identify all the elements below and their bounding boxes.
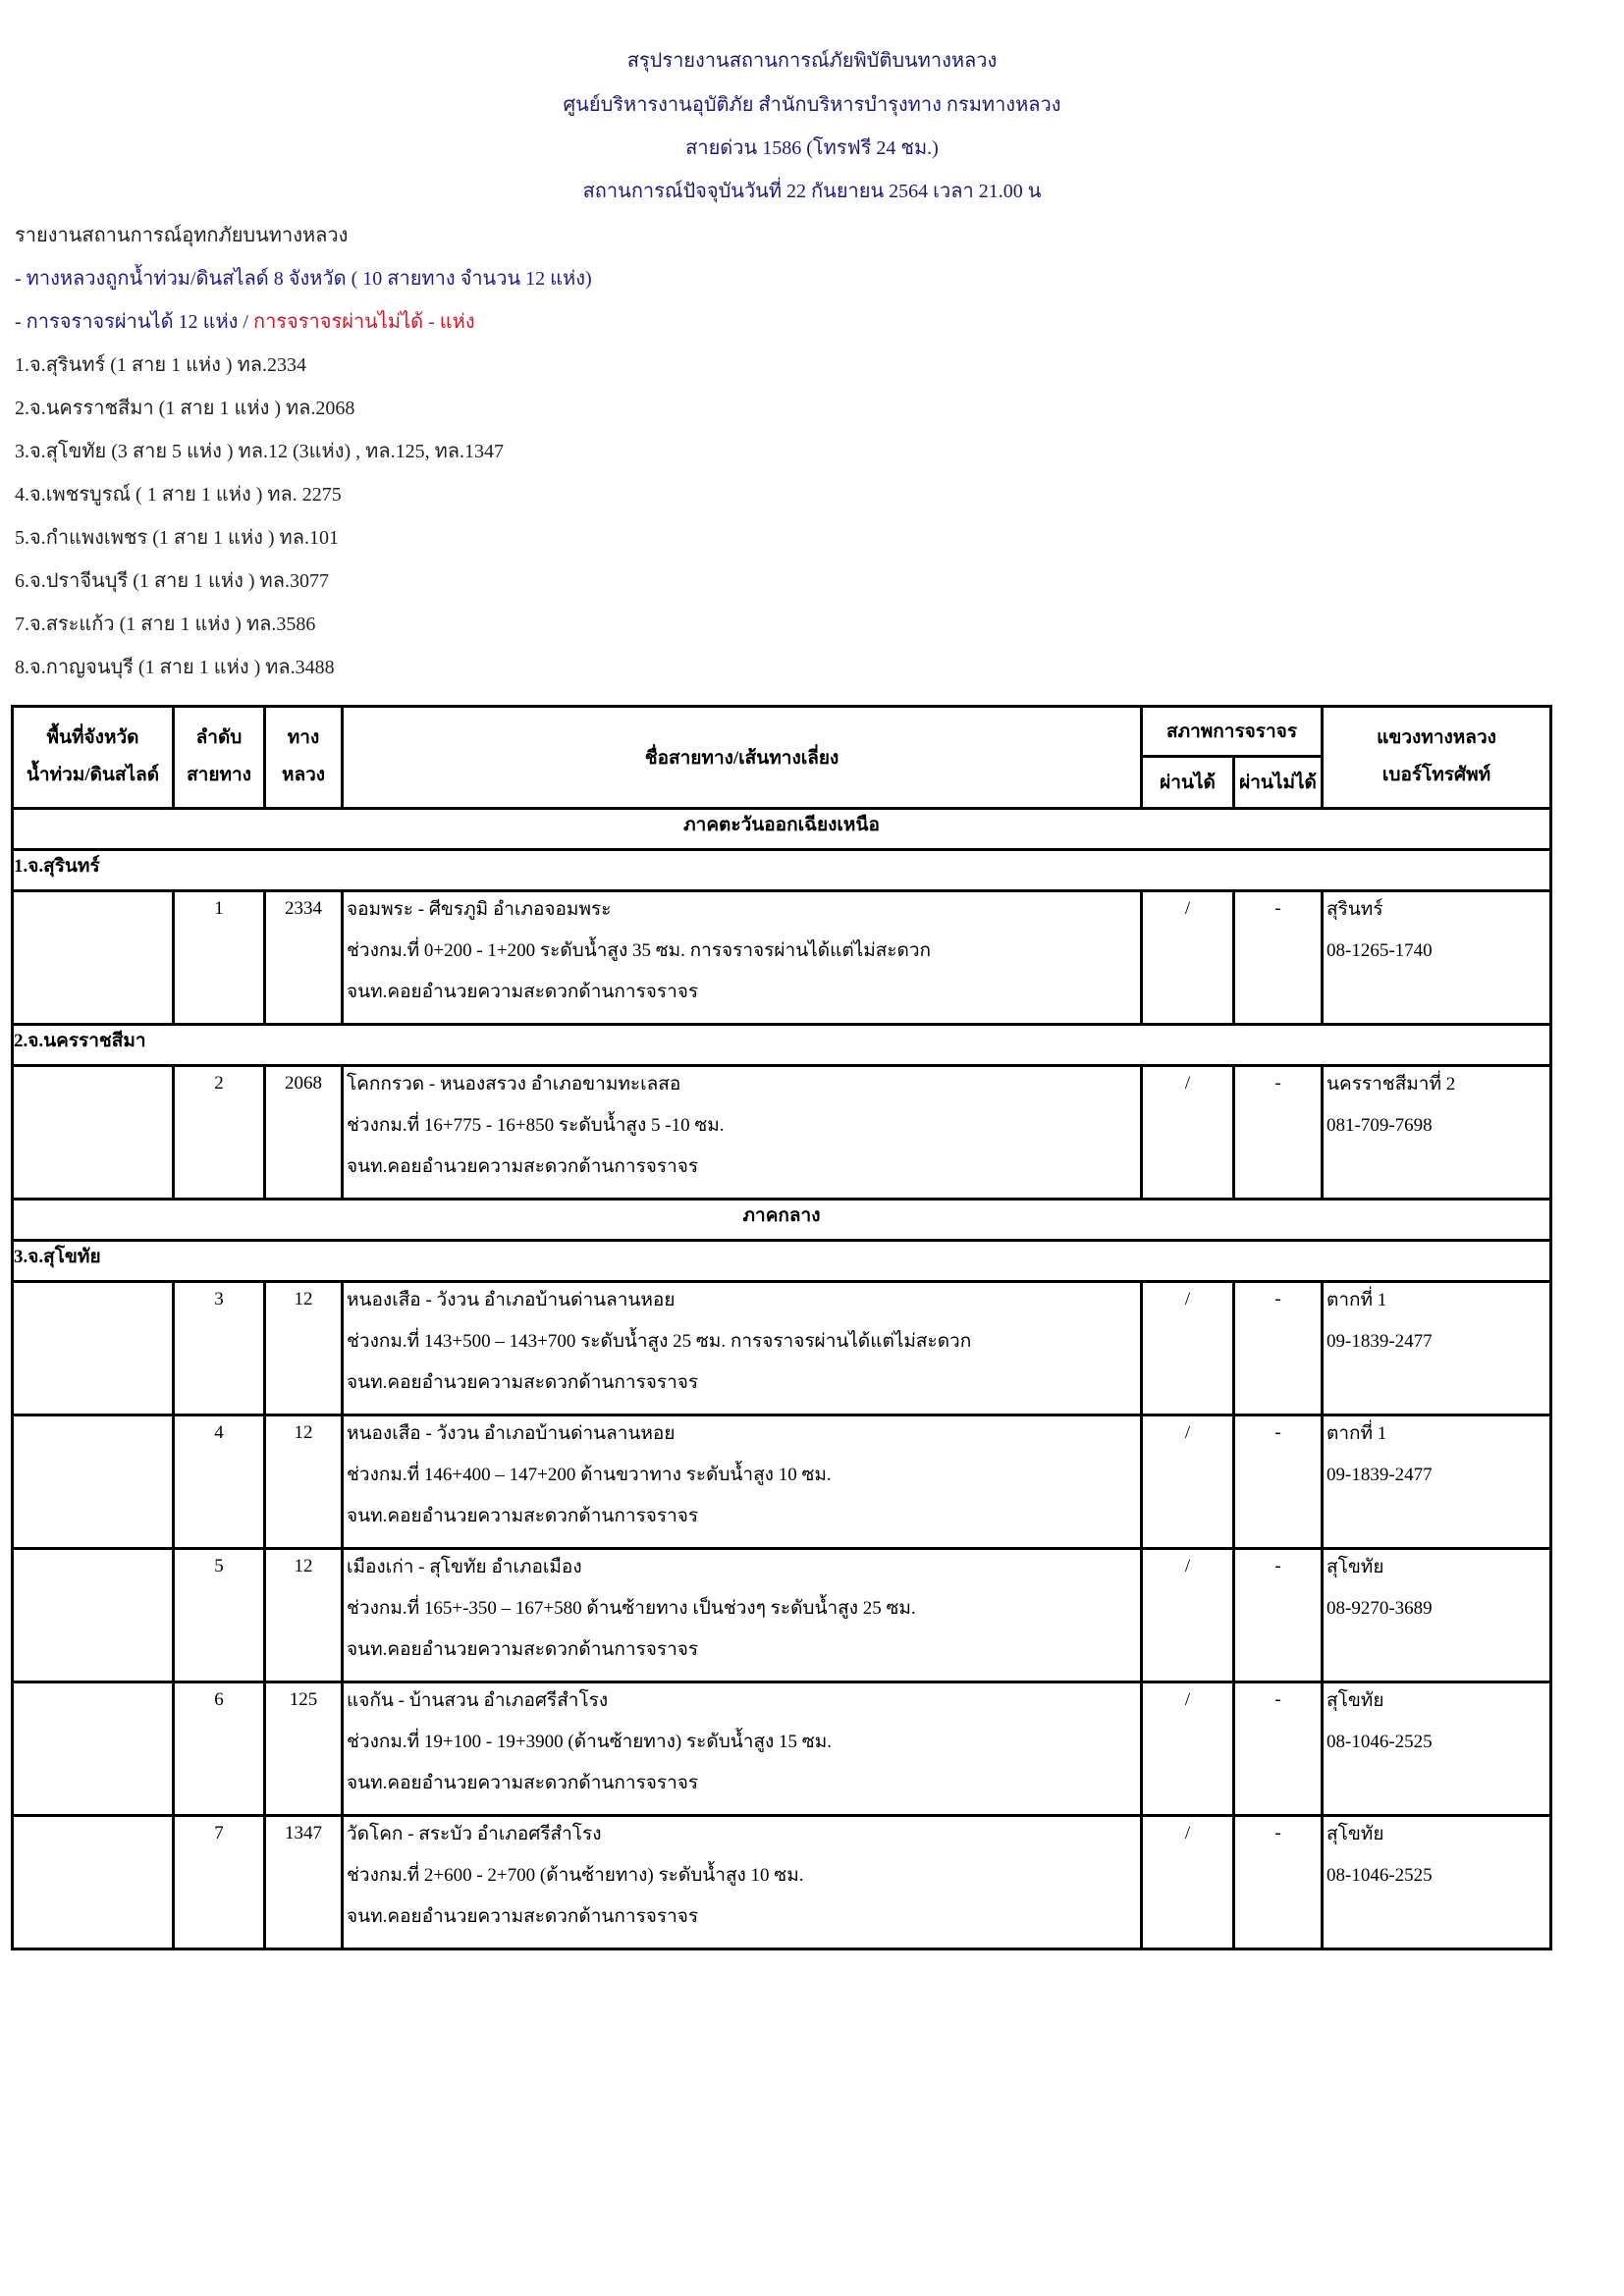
cell-passable: / xyxy=(1142,1682,1234,1816)
cell-impassable: - xyxy=(1234,1816,1323,1949)
table-row: 312หนองเสือ - วังวน อำเภอบ้านด่านลานหอยช… xyxy=(13,1282,1551,1415)
cell-passable: / xyxy=(1142,1282,1234,1415)
cell-passable: / xyxy=(1142,1415,1234,1549)
table-row: 22068โคกกรวด - หนองสรวง อำเภอขามทะเลสอช่… xyxy=(13,1066,1551,1200)
table-row: 12334จอมพระ - ศีขรภูมิ อำเภอจอมพระช่วงกม… xyxy=(13,891,1551,1025)
cell-order: 3 xyxy=(174,1282,265,1415)
province-summary-item: 5.จ.กำแพงเพชร (1 สาย 1 แห่ง ) ทล.101 xyxy=(15,526,339,550)
cell-office: สุโขทัย08-9270-3689 xyxy=(1323,1549,1551,1682)
cell-impassable: - xyxy=(1234,1066,1323,1200)
route-line: ช่วงกม.ที่ 19+100 - 19+3900 (ด้านซ้ายทาง… xyxy=(347,1731,1140,1772)
route-line: หนองเสือ - วังวน อำเภอบ้านด่านลานหอย xyxy=(347,1422,1140,1464)
cell-route: หนองเสือ - วังวน อำเภอบ้านด่านลานหอยช่วง… xyxy=(343,1415,1142,1549)
cell-area xyxy=(13,1415,174,1549)
province-summary-item: 6.จ.ปราจีนบุรี (1 สาย 1 แห่ง ) ทล.3077 xyxy=(15,569,329,593)
province-row: 2.จ.นครราชสีมา xyxy=(13,1025,1551,1066)
province-summary-item: 8.จ.กาญจนบุรี (1 สาย 1 แห่ง ) ทล.3488 xyxy=(15,656,335,679)
province-summary-item: 2.จ.นครราชสีมา (1 สาย 1 แห่ง ) ทล.2068 xyxy=(15,397,354,420)
office-phone: 081-709-7698 xyxy=(1326,1114,1549,1155)
province-summary-item: 4.จ.เพชรบูรณ์ ( 1 สาย 1 แห่ง ) ทล. 2275 xyxy=(15,483,342,507)
summary-affected: - ทางหลวงถูกน้ำท่วม/ดินสไลด์ 8 จังหวัด (… xyxy=(15,267,592,291)
cell-order: 2 xyxy=(174,1066,265,1200)
cell-route: โคกกรวด - หนองสรวง อำเภอขามทะเลสอช่วงกม.… xyxy=(343,1066,1142,1200)
cell-office: สุโขทัย08-1046-2525 xyxy=(1323,1816,1551,1949)
cell-route: หนองเสือ - วังวน อำเภอบ้านด่านลานหอยช่วง… xyxy=(343,1282,1142,1415)
cell-highway: 2068 xyxy=(265,1066,343,1200)
cell-area xyxy=(13,891,174,1025)
route-line: จอมพระ - ศีขรภูมิ อำเภอจอมพระ xyxy=(347,898,1140,939)
header-traffic-status: สภาพการจราจร xyxy=(1142,707,1323,757)
province-name: 3.จ.สุโขทัย xyxy=(13,1241,1551,1282)
route-line: วัดโคก - สระบัว อำเภอศรีสำโรง xyxy=(347,1823,1140,1864)
route-line: จนท.คอยอำนวยความสะดวกด้านการจราจร xyxy=(347,1155,1140,1197)
cell-highway: 12 xyxy=(265,1415,343,1549)
cell-area xyxy=(13,1816,174,1949)
office-name: นครราชสีมาที่ 2 xyxy=(1326,1073,1549,1114)
cell-highway: 1347 xyxy=(265,1816,343,1949)
route-line: จนท.คอยอำนวยความสะดวกด้านการจราจร xyxy=(347,1638,1140,1680)
cell-route: แจกัน - บ้านสวน อำเภอศรีสำโรงช่วงกม.ที่ … xyxy=(343,1682,1142,1816)
route-line: จนท.คอยอำนวยความสะดวกด้านการจราจร xyxy=(347,981,1140,1022)
region-row: ภาคตะวันออกเฉียงเหนือ xyxy=(13,809,1551,850)
cell-office: นครราชสีมาที่ 2081-709-7698 xyxy=(1323,1066,1551,1200)
cell-order: 6 xyxy=(174,1682,265,1816)
report-org: ศูนย์บริหารงานอุบัติภัย สำนักบริหารบำรุง… xyxy=(0,93,1624,117)
header-area: พื้นที่จังหวัดน้ำท่วม/ดินสไลด์ xyxy=(13,707,174,809)
office-phone: 08-1046-2525 xyxy=(1326,1864,1549,1905)
header-office-phone: แขวงทางหลวงเบอร์โทรศัพท์ xyxy=(1323,707,1551,809)
cell-impassable: - xyxy=(1234,1682,1323,1816)
cell-area xyxy=(13,1682,174,1816)
province-summary-item: 3.จ.สุโขทัย (3 สาย 5 แห่ง ) ทล.12 (3แห่ง… xyxy=(15,440,504,463)
office-phone: 08-1265-1740 xyxy=(1326,939,1549,981)
cell-order: 5 xyxy=(174,1549,265,1682)
table-row: 71347วัดโคก - สระบัว อำเภอศรีสำโรงช่วงกม… xyxy=(13,1816,1551,1949)
summary-impassable: การจราจรผ่านไม่ได้ - แห่ง xyxy=(253,311,475,333)
summary-traffic-status: - การจราจรผ่านได้ 12 แห่ง / การจราจรผ่าน… xyxy=(15,310,475,334)
office-name: สุโขทัย xyxy=(1326,1823,1549,1864)
cell-route: วัดโคก - สระบัว อำเภอศรีสำโรงช่วงกม.ที่ … xyxy=(343,1816,1142,1949)
route-line: ช่วงกม.ที่ 0+200 - 1+200 ระดับน้ำสูง 35 … xyxy=(347,939,1140,981)
office-name: สุรินทร์ xyxy=(1326,898,1549,939)
header-passable: ผ่านได้ xyxy=(1142,757,1234,809)
report-situation-date: สถานการณ์ปัจจุบันวันที่ 22 กันยายน 2564 … xyxy=(0,180,1624,203)
cell-impassable: - xyxy=(1234,1415,1323,1549)
route-line: จนท.คอยอำนวยความสะดวกด้านการจราจร xyxy=(347,1905,1140,1947)
province-summary-item: 7.จ.สระแก้ว (1 สาย 1 แห่ง ) ทล.3586 xyxy=(15,613,315,636)
route-line: หนองเสือ - วังวน อำเภอบ้านด่านลานหอย xyxy=(347,1289,1140,1330)
cell-impassable: - xyxy=(1234,891,1323,1025)
route-line: ช่วงกม.ที่ 143+500 – 143+700 ระดับน้ำสูง… xyxy=(347,1330,1140,1371)
province-row: 3.จ.สุโขทัย xyxy=(13,1241,1551,1282)
cell-highway: 12 xyxy=(265,1282,343,1415)
table-row: 412หนองเสือ - วังวน อำเภอบ้านด่านลานหอยช… xyxy=(13,1415,1551,1549)
cell-highway: 2334 xyxy=(265,891,343,1025)
table-row: 6125แจกัน - บ้านสวน อำเภอศรีสำโรงช่วงกม.… xyxy=(13,1682,1551,1816)
cell-office: ตากที่ 109-1839-2477 xyxy=(1323,1415,1551,1549)
route-line: จนท.คอยอำนวยความสะดวกด้านการจราจร xyxy=(347,1505,1140,1546)
cell-passable: / xyxy=(1142,891,1234,1025)
route-line: ช่วงกม.ที่ 165+-350 – 167+580 ด้านซ้ายทา… xyxy=(347,1597,1140,1638)
region-row: ภาคกลาง xyxy=(13,1200,1551,1241)
region-name: ภาคตะวันออกเฉียงเหนือ xyxy=(13,809,1551,850)
cell-passable: / xyxy=(1142,1066,1234,1200)
office-phone: 08-9270-3689 xyxy=(1326,1597,1549,1638)
province-row: 1.จ.สุรินทร์ xyxy=(13,850,1551,891)
cell-office: สุรินทร์08-1265-1740 xyxy=(1323,891,1551,1025)
cell-order: 4 xyxy=(174,1415,265,1549)
office-name: ตากที่ 1 xyxy=(1326,1289,1549,1330)
region-name: ภาคกลาง xyxy=(13,1200,1551,1241)
route-line: จนท.คอยอำนวยความสะดวกด้านการจราจร xyxy=(347,1772,1140,1813)
cell-office: ตากที่ 109-1839-2477 xyxy=(1323,1282,1551,1415)
route-line: ช่วงกม.ที่ 146+400 – 147+200 ด้านขวาทาง … xyxy=(347,1464,1140,1505)
office-phone: 09-1839-2477 xyxy=(1326,1464,1549,1505)
office-name: สุโขทัย xyxy=(1326,1556,1549,1597)
province-name: 2.จ.นครราชสีมา xyxy=(13,1025,1551,1066)
route-line: จนท.คอยอำนวยความสะดวกด้านการจราจร xyxy=(347,1371,1140,1413)
cell-route: เมืองเก่า - สุโขทัย อำเภอเมืองช่วงกม.ที่… xyxy=(343,1549,1142,1682)
cell-highway: 125 xyxy=(265,1682,343,1816)
incident-table: พื้นที่จังหวัดน้ำท่วม/ดินสไลด์ ลำดับสายท… xyxy=(11,705,1552,1950)
cell-passable: / xyxy=(1142,1816,1234,1949)
route-line: โคกกรวด - หนองสรวง อำเภอขามทะเลสอ xyxy=(347,1073,1140,1114)
header-order: ลำดับสายทาง xyxy=(174,707,265,809)
route-line: เมืองเก่า - สุโขทัย อำเภอเมือง xyxy=(347,1556,1140,1597)
cell-highway: 12 xyxy=(265,1549,343,1682)
summary-heading: รายงานสถานการณ์อุทกภัยบนทางหลวง xyxy=(15,224,348,247)
office-phone: 08-1046-2525 xyxy=(1326,1731,1549,1772)
cell-impassable: - xyxy=(1234,1549,1323,1682)
cell-passable: / xyxy=(1142,1549,1234,1682)
office-name: สุโขทัย xyxy=(1326,1689,1549,1731)
report-title: สรุปรายงานสถานการณ์ภัยพิบัติบนทางหลวง xyxy=(0,49,1624,73)
cell-area xyxy=(13,1549,174,1682)
header-route: ชื่อสายทาง/เส้นทางเลี่ยง xyxy=(343,707,1142,809)
province-name: 1.จ.สุรินทร์ xyxy=(13,850,1551,891)
table-row: 512เมืองเก่า - สุโขทัย อำเภอเมืองช่วงกม.… xyxy=(13,1549,1551,1682)
cell-area xyxy=(13,1282,174,1415)
province-summary-item: 1.จ.สุรินทร์ (1 สาย 1 แห่ง ) ทล.2334 xyxy=(15,353,306,377)
cell-route: จอมพระ - ศีขรภูมิ อำเภอจอมพระช่วงกม.ที่ … xyxy=(343,891,1142,1025)
route-line: ช่วงกม.ที่ 2+600 - 2+700 (ด้านซ้ายทาง) ร… xyxy=(347,1864,1140,1905)
cell-impassable: - xyxy=(1234,1282,1323,1415)
office-phone: 09-1839-2477 xyxy=(1326,1330,1549,1371)
header-highway: ทางหลวง xyxy=(265,707,343,809)
route-line: แจกัน - บ้านสวน อำเภอศรีสำโรง xyxy=(347,1689,1140,1731)
report-hotline: สายด่วน 1586 (โทรฟรี 24 ชม.) xyxy=(0,136,1624,160)
summary-passable: - การจราจรผ่านได้ 12 แห่ง / xyxy=(15,311,253,333)
cell-order: 7 xyxy=(174,1816,265,1949)
route-line: ช่วงกม.ที่ 16+775 - 16+850 ระดับน้ำสูง 5… xyxy=(347,1114,1140,1155)
cell-order: 1 xyxy=(174,891,265,1025)
cell-office: สุโขทัย08-1046-2525 xyxy=(1323,1682,1551,1816)
header-impassable: ผ่านไม่ได้ xyxy=(1234,757,1323,809)
office-name: ตากที่ 1 xyxy=(1326,1422,1549,1464)
cell-area xyxy=(13,1066,174,1200)
